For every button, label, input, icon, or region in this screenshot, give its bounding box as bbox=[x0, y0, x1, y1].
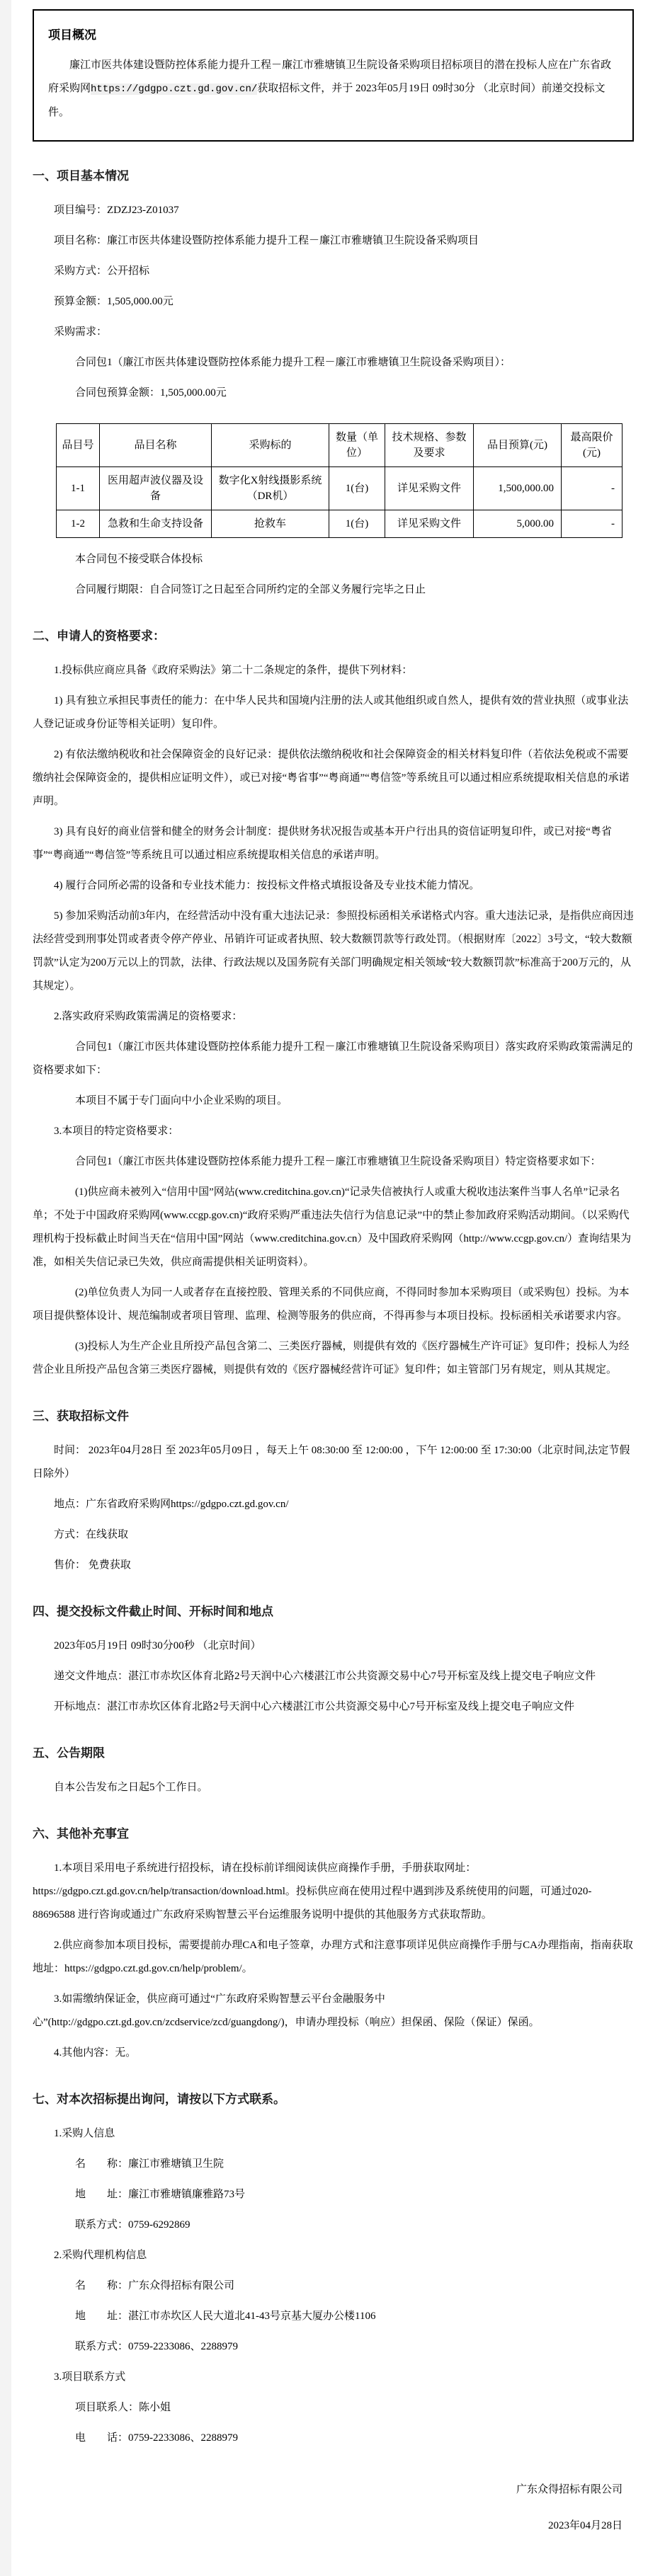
specific-qualification-1: (1)供应商未被列入“信用中国”网站(www.creditchina.gov.c… bbox=[33, 1181, 634, 1274]
section-obtain-documents: 三、获取招标文件 时间： 2023年04月28日 至 2023年05月09日 ，… bbox=[33, 1406, 634, 1577]
qualification-item-1-1: 1) 具有独立承担民事责任的能力：在中华人民共和国境内注册的法人或其他组织或自然… bbox=[33, 689, 634, 736]
qualification-item-2: 2.落实政府采购政策需满足的资格要求： bbox=[33, 1005, 634, 1029]
section-contacts: 七、对本次招标提出询问，请按以下方式联系。 1.采购人信息 名 称：廉江市雅塘镇… bbox=[33, 2089, 634, 2450]
overview-title: 项目概况 bbox=[48, 25, 618, 42]
procurement-method: 采购方式：公开招标 bbox=[33, 260, 634, 283]
procurement-items-table: 品目号 品目名称 采购标的 数量（单位） 技术规格、参数及要求 品目预算(元) … bbox=[56, 423, 623, 538]
cell-quantity: 1(台) bbox=[329, 510, 385, 538]
project-number: 项目编号：ZDZJ23-Z01037 bbox=[33, 199, 634, 222]
obtain-location: 地点：广东省政府采购网https://gdgpo.czt.gd.gov.cn/ bbox=[33, 1493, 634, 1516]
purchaser-address: 地 址：廉江市雅塘镇廉雅路73号 bbox=[33, 2183, 634, 2206]
specific-qualification-3: (3)投标人为生产企业且所投产品包含第二、三类医疗器械，则提供有效的《医疗器械生… bbox=[33, 1335, 634, 1382]
deadline-time: 2023年05月19日 09时30分00秒 （北京时间） bbox=[33, 1635, 634, 1658]
contract-package-budget: 合同包预算金额：1,505,000.00元 bbox=[33, 382, 634, 405]
cell-budget: 5,000.00 bbox=[474, 510, 562, 538]
no-consortium-note: 本合同包不接受联合体投标 bbox=[33, 548, 634, 571]
overview-paragraph: 廉江市医共体建设暨防控体系能力提升工程－廉江市雅塘镇卫生院设备采购项目招标项目的… bbox=[48, 54, 618, 125]
column-header-item-no: 品目号 bbox=[57, 424, 100, 467]
agency-info-label: 2.采购代理机构信息 bbox=[33, 2244, 634, 2267]
column-header-subject: 采购标的 bbox=[212, 424, 329, 467]
section-basic-info: 一、项目基本情况 项目编号：ZDZJ23-Z01037 项目名称：廉江市医共体建… bbox=[33, 166, 634, 602]
agency-address: 地 址：湛江市赤坎区人民大道北41-43号京基大厦办公楼1106 bbox=[33, 2305, 634, 2328]
project-contact-person: 项目联系人：陈小姐 bbox=[33, 2396, 634, 2420]
column-header-specs: 技术规格、参数及要求 bbox=[385, 424, 474, 467]
obtain-method: 方式：在线获取 bbox=[33, 1523, 634, 1547]
qualification-item-1: 1.投标供应商应具备《政府采购法》第二十二条规定的条件，提供下列材料： bbox=[33, 659, 634, 682]
section-supplementary: 六、其他补充事宜 1.本项目采用电子系统进行招投标，请在投标前详细阅读供应商操作… bbox=[33, 1824, 634, 2065]
agency-phone: 联系方式：0759-2233086、2288979 bbox=[33, 2335, 634, 2359]
cell-budget: 1,500,000.00 bbox=[474, 467, 562, 510]
project-overview-box: 项目概况 廉江市医共体建设暨防控体系能力提升工程－廉江市雅塘镇卫生院设备采购项目… bbox=[33, 9, 634, 142]
section-contacts-heading: 七、对本次招标提出询问，请按以下方式联系。 bbox=[33, 2089, 634, 2107]
cell-specs: 详见采购文件 bbox=[385, 467, 474, 510]
supplement-item-4: 4.其他内容：无。 bbox=[33, 2042, 634, 2065]
obtain-price: 售价： 免费获取 bbox=[33, 1554, 634, 1577]
project-name: 项目名称：廉江市医共体建设暨防控体系能力提升工程－廉江市雅塘镇卫生院设备采购项目 bbox=[33, 229, 634, 253]
qualification-item-1-4: 4) 履行合同所必需的设备和专业技术能力：按投标文件格式填报设备及专业技术能力情… bbox=[33, 874, 634, 898]
section-supplementary-heading: 六、其他补充事宜 bbox=[33, 1824, 634, 1841]
signature-block: 广东众得招标有限公司 2023年04月28日 bbox=[33, 2478, 634, 2538]
table-row: 1-2 急救和生命支持设备 抢救车 1(台) 详见采购文件 5,000.00 - bbox=[57, 510, 623, 538]
cell-item-no: 1-1 bbox=[57, 467, 100, 510]
signature-company: 广东众得招标有限公司 bbox=[33, 2478, 623, 2502]
tender-announcement-document: 项目概况 廉江市医共体建设暨防控体系能力提升工程－廉江市雅塘镇卫生院设备采购项目… bbox=[0, 0, 648, 2576]
section-qualification: 二、申请人的资格要求： 1.投标供应商应具备《政府采购法》第二十二条规定的条件，… bbox=[33, 626, 634, 1382]
cell-item-name: 医用超声波仪器及设备 bbox=[100, 467, 212, 510]
obtain-time: 时间： 2023年04月28日 至 2023年05月09日 ，每天上午 08:3… bbox=[33, 1439, 634, 1486]
submit-location: 递交文件地点：湛江市赤坎区体育北路2号天润中心六楼湛江市公共资源交易中心7号开标… bbox=[33, 1665, 634, 1688]
section-announcement-period-heading: 五、公告期限 bbox=[33, 1743, 634, 1761]
opening-location: 开标地点：湛江市赤坎区体育北路2号天润中心六楼湛江市公共资源交易中心7号开标室及… bbox=[33, 1695, 634, 1719]
qualification-item-3: 3.本项目的特定资格要求： bbox=[33, 1120, 634, 1143]
section-announcement-period: 五、公告期限 自本公告发布之日起5个工作日。 bbox=[33, 1743, 634, 1799]
specific-qualification-2: (2)单位负责人为同一人或者存在直接控股、管理关系的不同供应商，不得同时参加本采… bbox=[33, 1281, 634, 1328]
cell-item-no: 1-2 bbox=[57, 510, 100, 538]
cell-price-limit: - bbox=[562, 467, 623, 510]
qualification-policy-intro: 合同包1（廉江市医共体建设暨防控体系能力提升工程－廉江市雅塘镇卫生院设备采购项目… bbox=[33, 1036, 634, 1082]
cell-item-name: 急救和生命支持设备 bbox=[100, 510, 212, 538]
page-left-gutter bbox=[0, 0, 11, 2576]
project-contact-phone: 电 话：0759-2233086、2288979 bbox=[33, 2427, 634, 2450]
purchaser-name: 名 称：廉江市雅塘镇卫生院 bbox=[33, 2153, 634, 2176]
supplement-item-2: 2.供应商参加本项目投标，需要提前办理CA和电子签章，办理方式和注意事项详见供应… bbox=[33, 1934, 634, 1981]
signature-date: 2023年04月28日 bbox=[33, 2514, 623, 2538]
budget-amount: 预算金额：1,505,000.00元 bbox=[33, 290, 634, 314]
contract-period: 合同履行期限：自合同签订之日起至合同所约定的全部义务履行完毕之日止 bbox=[33, 578, 634, 602]
section-submission-opening: 四、提交投标文件截止时间、开标时间和地点 2023年05月19日 09时30分0… bbox=[33, 1601, 634, 1719]
agency-name: 名 称：广东众得招标有限公司 bbox=[33, 2274, 634, 2298]
section-obtain-documents-heading: 三、获取招标文件 bbox=[33, 1406, 634, 1424]
cell-specs: 详见采购文件 bbox=[385, 510, 474, 538]
supplement-item-3: 3.如需缴纳保证金，供应商可通过“广东政府采购智慧云平台金融服务中心”(http… bbox=[33, 1988, 634, 2034]
qualification-item-1-5: 5) 参加采购活动前3年内，在经营活动中没有重大违法记录：参照投标函相关承诺格式… bbox=[33, 905, 634, 998]
column-header-price-limit: 最高限价(元) bbox=[562, 424, 623, 467]
table-header-row: 品目号 品目名称 采购标的 数量（单位） 技术规格、参数及要求 品目预算(元) … bbox=[57, 424, 623, 467]
column-header-budget: 品目预算(元) bbox=[474, 424, 562, 467]
section-submission-heading: 四、提交投标文件截止时间、开标时间和地点 bbox=[33, 1601, 634, 1619]
column-header-item-name: 品目名称 bbox=[100, 424, 212, 467]
cell-subject: 数字化X射线摄影系统（DR机） bbox=[212, 467, 329, 510]
column-header-quantity: 数量（单位） bbox=[329, 424, 385, 467]
procurement-site-link[interactable]: https://gdgpo.czt.gd.gov.cn/ bbox=[91, 84, 257, 95]
section-basic-info-heading: 一、项目基本情况 bbox=[33, 166, 634, 183]
section-qualification-heading: 二、申请人的资格要求： bbox=[33, 626, 634, 643]
qualification-item-1-3: 3) 具有良好的商业信誉和健全的财务会计制度：提供财务状况报告或基本开户行出具的… bbox=[33, 820, 634, 867]
qualification-policy-note: 本项目不属于专门面向中小企业采购的项目。 bbox=[33, 1089, 634, 1113]
procurement-demand-label: 采购需求： bbox=[33, 321, 634, 344]
purchaser-info-label: 1.采购人信息 bbox=[33, 2122, 634, 2146]
cell-subject: 抢救车 bbox=[212, 510, 329, 538]
cell-quantity: 1(台) bbox=[329, 467, 385, 510]
specific-qualification-intro: 合同包1（廉江市医共体建设暨防控体系能力提升工程－廉江市雅塘镇卫生院设备采购项目… bbox=[33, 1150, 634, 1174]
cell-price-limit: - bbox=[562, 510, 623, 538]
table-row: 1-1 医用超声波仪器及设备 数字化X射线摄影系统（DR机） 1(台) 详见采购… bbox=[57, 467, 623, 510]
supplement-item-1: 1.本项目采用电子系统进行招投标，请在投标前详细阅读供应商操作手册，手册获取网址… bbox=[33, 1857, 634, 1927]
project-contact-label: 3.项目联系方式 bbox=[33, 2366, 634, 2389]
contract-package-title: 合同包1（廉江市医共体建设暨防控体系能力提升工程－廉江市雅塘镇卫生院设备采购项目… bbox=[33, 351, 634, 374]
purchaser-phone: 联系方式：0759-6292869 bbox=[33, 2214, 634, 2237]
announcement-period: 自本公告发布之日起5个工作日。 bbox=[33, 1776, 634, 1799]
qualification-item-1-2: 2) 有依法缴纳税收和社会保障资金的良好记录：提供依法缴纳税收和社会保障资金的相… bbox=[33, 743, 634, 813]
